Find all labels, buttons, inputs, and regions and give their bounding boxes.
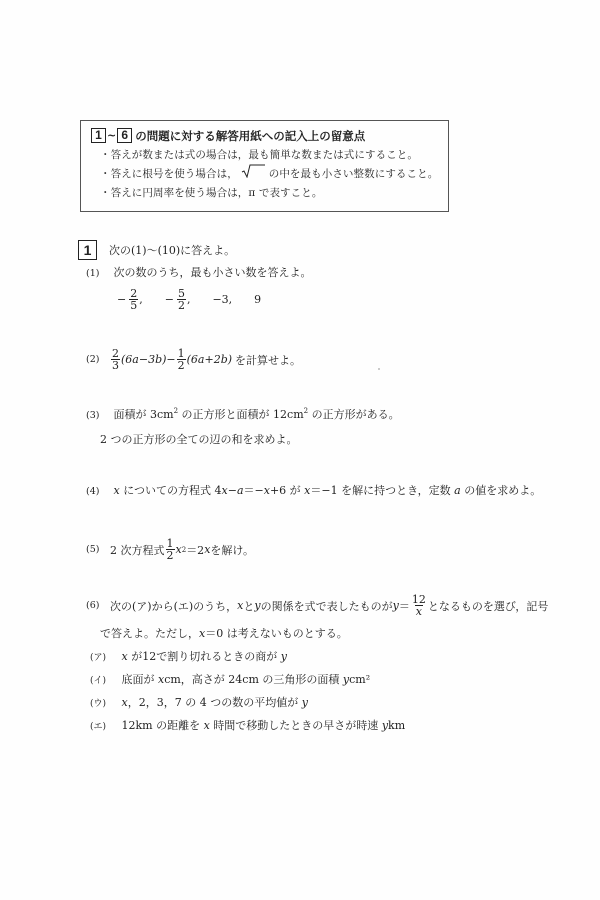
problem-2: (2) 2 3 (6a−3b)− 1 2 (6a+2b) を計算せよ。 [86, 348, 301, 371]
problem-4: (4) x についての方程式 4x−a＝−x+6 が x＝−1 を解に持つとき，… [86, 482, 541, 498]
problem-5-label: (5) [86, 544, 110, 555]
exam-page: 1 ~ 6 の問題に対する解答用紙への記入上の留意点 ・答えが数または式の場合は… [0, 0, 600, 900]
value-neg-five-halves: − 5 2 , [165, 288, 191, 311]
value-neg-two-fifths: − 2 5 , [117, 288, 143, 311]
problem-1-text: 次の数のうち，最も小さい数を答えよ。 [114, 266, 312, 279]
scan-speck [378, 368, 380, 370]
problem-3: (3) 面積が 3cm2 の正方形と面積が 12cm2 の正方形がある。 [86, 406, 400, 422]
range-end-box: 6 [117, 128, 132, 143]
note-line-3: ・答えに円周率を使う場合は，π で表すこと。 [91, 184, 448, 203]
note-line-2: ・答えに根号を使う場合は， の中を最も小さい整数にすること。 [91, 165, 448, 184]
range-start-box: 1 [91, 128, 106, 143]
problem-6: (6) 次の(ア)から(エ)のうち， x と y の関係を式で表したものが y … [86, 594, 548, 617]
problem-6-label: (6) [86, 600, 110, 611]
problem-1-label: (1) [86, 268, 110, 279]
problem-2-text: を計算せよ。 [235, 352, 301, 368]
fraction-twelve-over-x: 12 x [411, 594, 427, 617]
note-line-2-before: ・答えに根号を使う場合は， [100, 168, 238, 180]
problem-1-values: − 2 5 , − 5 2 , −3 , 9 [117, 288, 261, 311]
section-instruction: 次の(1)〜(10)に答えよ。 [109, 242, 235, 258]
problem-3-line-2: 2 つの正方形の全ての辺の和を求めよ。 [100, 431, 298, 447]
notes-title-text: の問題に対する解答用紙への記入上の留意点 [135, 128, 365, 144]
problem-6-line-2: で答えよ。ただし，x＝0 は考えないものとする。 [100, 625, 348, 641]
choice-i: (イ) 底面が xcm，高さが 24cm の三角形の面積 ycm² [90, 671, 370, 687]
problem-5: (5) 2 次方程式 1 2 x2＝2x を解け。 [86, 538, 254, 561]
note-line-2-after: の中を最も小さい整数にすること。 [269, 168, 439, 180]
expression-1: (6a−3b)− [121, 353, 176, 366]
problem-4-label: (4) [86, 486, 110, 497]
choice-a: (ア) x が12で割り切れるときの商が y [90, 648, 287, 664]
section-header: 1 次の(1)〜(10)に答えよ。 [78, 240, 235, 260]
problem-1: (1) 次の数のうち，最も小さい数を答えよ。 [86, 264, 312, 280]
sqrt-icon [241, 166, 265, 178]
problem-3-label: (3) [86, 410, 110, 421]
answer-notes-box: 1 ~ 6 の問題に対する解答用紙への記入上の留意点 ・答えが数または式の場合は… [80, 120, 449, 212]
problem-2-label: (2) [86, 354, 110, 365]
choice-e: (エ) 12km の距離を x 時間で移動したときの早さが時速 ykm [90, 717, 405, 733]
value-neg-three: −3 , [212, 293, 232, 306]
value-nine: 9 [254, 293, 261, 306]
note-line-1: ・答えが数または式の場合は，最も簡単な数または式にすること。 [91, 146, 448, 165]
expression-2: (6a+2b) [187, 353, 232, 366]
fraction-one-half: 1 2 [166, 538, 175, 561]
fraction-one-half: 1 2 [177, 348, 186, 371]
range-tilde: ~ [107, 129, 116, 142]
notes-title: 1 ~ 6 の問題に対する解答用紙への記入上の留意点 [91, 127, 448, 144]
choice-u: (ウ) x，2，3，7 の 4 つの数の平均値が y [90, 694, 308, 710]
section-number-box: 1 [78, 240, 97, 260]
fraction-two-thirds: 2 3 [111, 348, 120, 371]
